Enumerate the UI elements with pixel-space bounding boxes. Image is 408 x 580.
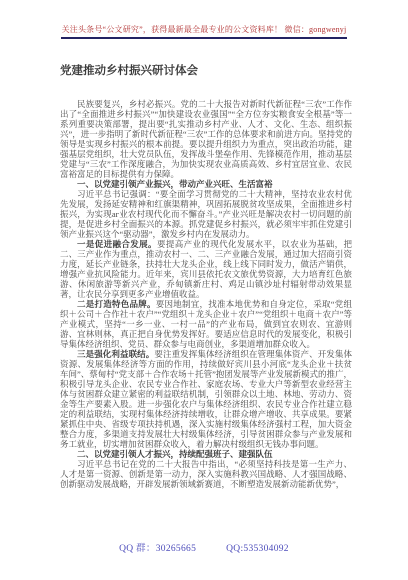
header-notice-text: 关注头条号“公文研究”，获得最新最全最专业的公文资料库！ 微信：gongweny… — [62, 25, 347, 34]
qq-group-number: 30265665 — [156, 544, 196, 554]
header-promo-banner: 关注头条号“公文研究”，获得最新最全最专业的公文资料库！ 微信：gongweny… — [61, 24, 347, 39]
document-page: 关注头条号“公文研究”，获得最新最全最专业的公文资料库！ 微信：gongweny… — [0, 0, 408, 580]
paragraph: 习近平总书记在党的二十大报告中指出，“必须坚持科技是第一生产力、人才是第一资源、… — [60, 459, 352, 489]
qq-contact: QQ:535304092 — [226, 544, 289, 554]
qq-number: 535304092 — [243, 544, 288, 554]
heading-text: 二、以党建引领人才振兴，持续配强班子、建强队伍 — [77, 449, 273, 459]
qq-group-contact: QQ 群：30265665 — [119, 544, 196, 554]
paragraph-lead: 一是促进融合发展。 — [77, 239, 157, 249]
section-heading-2: 二、以党建引领人才振兴，持续配强班子、建强队伍 — [60, 449, 352, 459]
paragraph: 一是促进融合发展。要提高产业的现代化发展水平，以农业为基础，把二、三产业作为重点… — [60, 239, 352, 299]
qq-group-label: QQ 群： — [119, 544, 156, 554]
qq-label: QQ: — [226, 544, 243, 554]
footer-contact: QQ 群：30265665QQ:535304092 — [0, 540, 408, 554]
document-body: 民族要复兴，乡村必振兴。党的二十大报告对新时代新征程“三农”工作作出了“全面推进… — [60, 99, 352, 489]
section-heading-1: 一、以党建引领产业振兴，带动产业兴旺、生活富裕 — [60, 179, 352, 189]
paragraph-text: 民族要复兴，乡村必振兴。党的二十大报告对新时代新征程“三农”工作作出了“全面推进… — [60, 99, 352, 179]
paragraph: 民族要复兴，乡村必振兴。党的二十大报告对新时代新征程“三农”工作作出了“全面推进… — [60, 99, 352, 179]
paragraph-text: 习近平总书记强调：“要全面学习贯彻党的二十大精神，坚持农业农村优先发展，发扬延安… — [60, 189, 352, 239]
paragraph: 二是打造特色品牌。要因地制宜，找准本地优势和自身定位，采取“党组织＋公司＋合作社… — [60, 299, 352, 349]
heading-text: 一、以党建引领产业振兴，带动产业兴旺、生活富裕 — [77, 179, 273, 189]
paragraph-text: 要注重发挥集体经济组织在管理集体资产、开发集体资源、发展集体经济等方面的作用，持… — [60, 349, 352, 449]
paragraph-text: 习近平总书记在党的二十大报告中指出，“必须坚持科技是第一生产力、人才是第一资源、… — [60, 459, 352, 489]
paragraph-lead: 三是强化利益联结。 — [77, 349, 154, 359]
page-title: 党建推动乡村振兴研讨体会 — [60, 62, 352, 78]
paragraph: 三是强化利益联结。要注重发挥集体经济组织在管理集体资产、开发集体资源、发展集体经… — [60, 349, 352, 449]
paragraph-lead: 二是打造特色品牌。 — [77, 299, 156, 309]
paragraph: 习近平总书记强调：“要全面学习贯彻党的二十大精神，坚持农业农村优先发展，发扬延安… — [60, 189, 352, 239]
